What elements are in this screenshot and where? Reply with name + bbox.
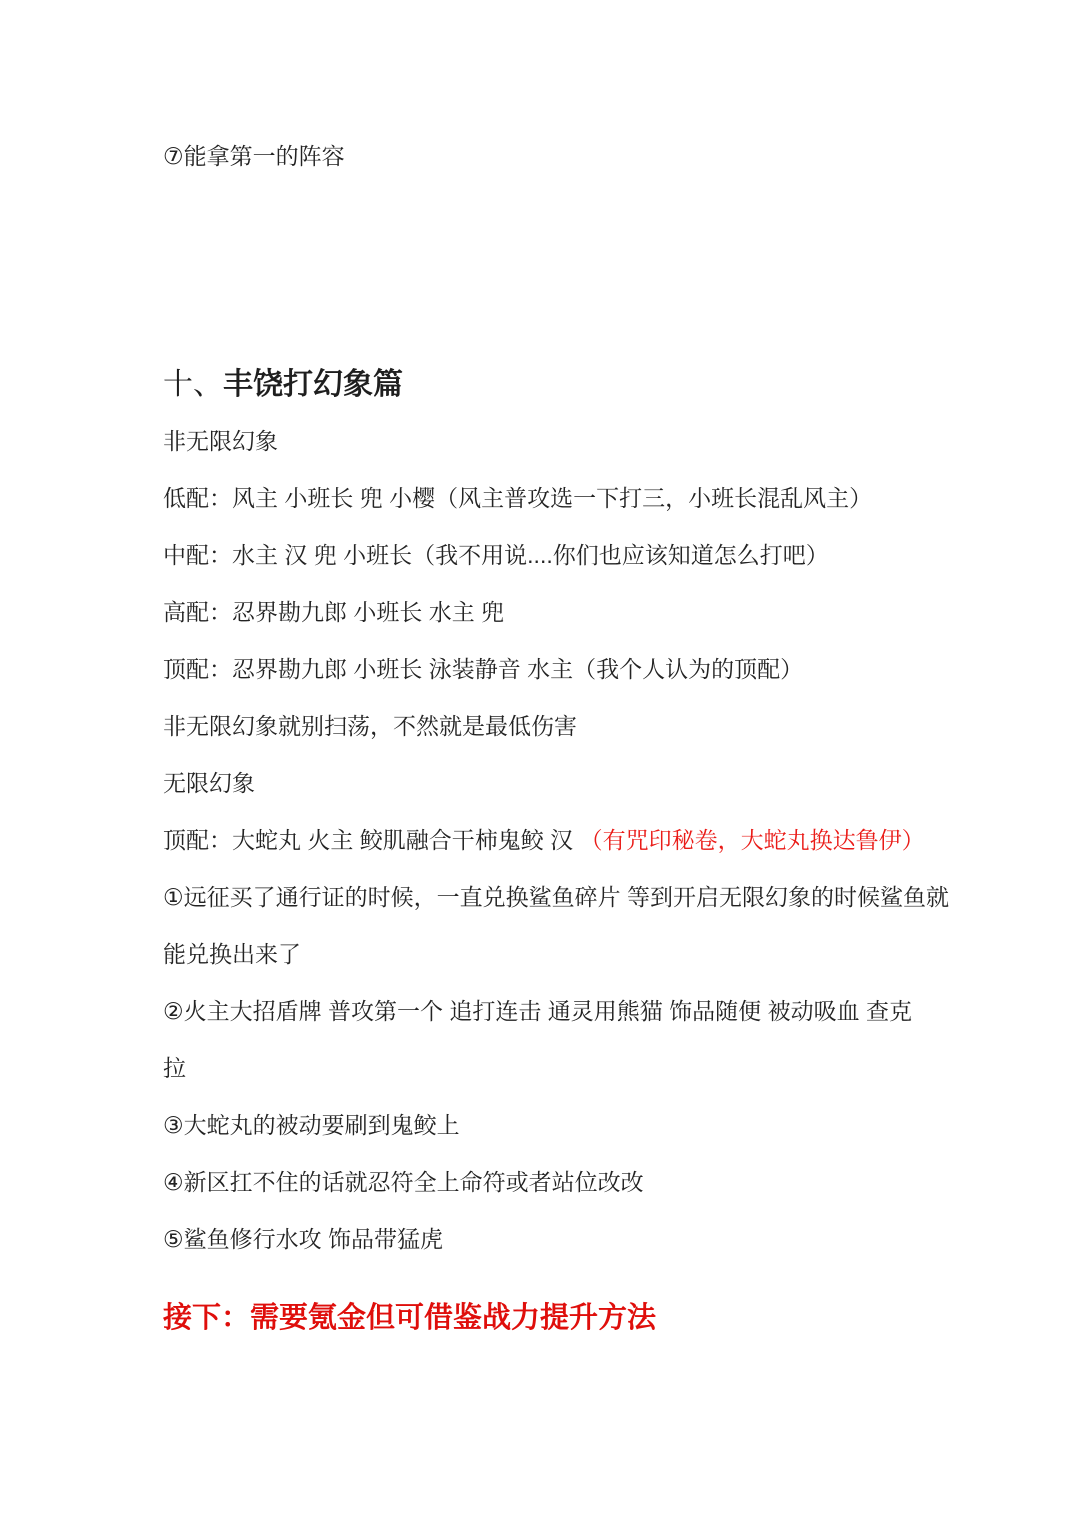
paragraph-non-infinite-label: 非无限幻象 xyxy=(163,413,940,470)
document-page: ⑦能拿第一的阵容 十、丰饶打幻象篇 非无限幻象 低配：风主 小班长 兜 小樱（风… xyxy=(0,0,1080,1527)
closing-heading: 接下：需要氪金但可借鉴战力提升方法 xyxy=(163,1290,940,1347)
paragraph-low-setup: 低配：风主 小班长 兜 小樱（风主普攻选一下打三，小班长混乱风主） xyxy=(163,470,940,527)
pre-section-line: ⑦能拿第一的阵容 xyxy=(163,128,940,185)
paragraph-infinite-label: 无限幻象 xyxy=(163,755,940,812)
paragraph-tip2-line2: 拉 xyxy=(163,1040,940,1097)
paragraph-infinite-top-setup: 顶配：大蛇丸 火主 鲛肌融合干柿鬼鲛 汉 （有咒印秘卷，大蛇丸换达鲁伊） xyxy=(163,812,940,869)
paragraph-mid-setup: 中配：水主 汉 兜 小班长（我不用说....你们也应该知道怎么打吧） xyxy=(163,527,940,584)
paragraph-top-setup: 顶配：忍界勘九郎 小班长 泳装静音 水主（我个人认为的顶配） xyxy=(163,641,940,698)
paragraph-high-setup: 高配：忍界勘九郎 小班长 水主 兜 xyxy=(163,584,940,641)
paragraph-tip2-line1: ②火主大招盾牌 普攻第一个 追打连击 通灵用熊猫 饰品随便 被动吸血 查克 xyxy=(163,983,940,1040)
section-title: 丰饶打幻象篇 xyxy=(223,368,403,401)
paragraph-tip1-line2: 能兑换出来了 xyxy=(163,926,940,983)
infinite-top-setup-text: 顶配：大蛇丸 火主 鲛肌融合干柿鬼鲛 汉 xyxy=(163,827,580,853)
section-number-prefix: 十、 xyxy=(163,368,223,401)
paragraph-tip1-line1: ①远征买了通行证的时候，一直兑换鲨鱼碎片 等到开启无限幻象的时候鲨鱼就 xyxy=(163,869,940,926)
paragraph-tip4: ④新区扛不住的话就忍符全上命符或者站位改改 xyxy=(163,1154,940,1211)
paragraph-tip5: ⑤鲨鱼修行水攻 饰品带猛虎 xyxy=(163,1211,940,1268)
infinite-top-setup-red-note: （有咒印秘卷，大蛇丸换达鲁伊） xyxy=(580,827,925,853)
section-heading: 十、丰饶打幻象篇 xyxy=(163,356,940,413)
paragraph-sweep-tip: 非无限幻象就别扫荡，不然就是最低伤害 xyxy=(163,698,940,755)
paragraph-tip3: ③大蛇丸的被动要刷到鬼鲛上 xyxy=(163,1097,940,1154)
